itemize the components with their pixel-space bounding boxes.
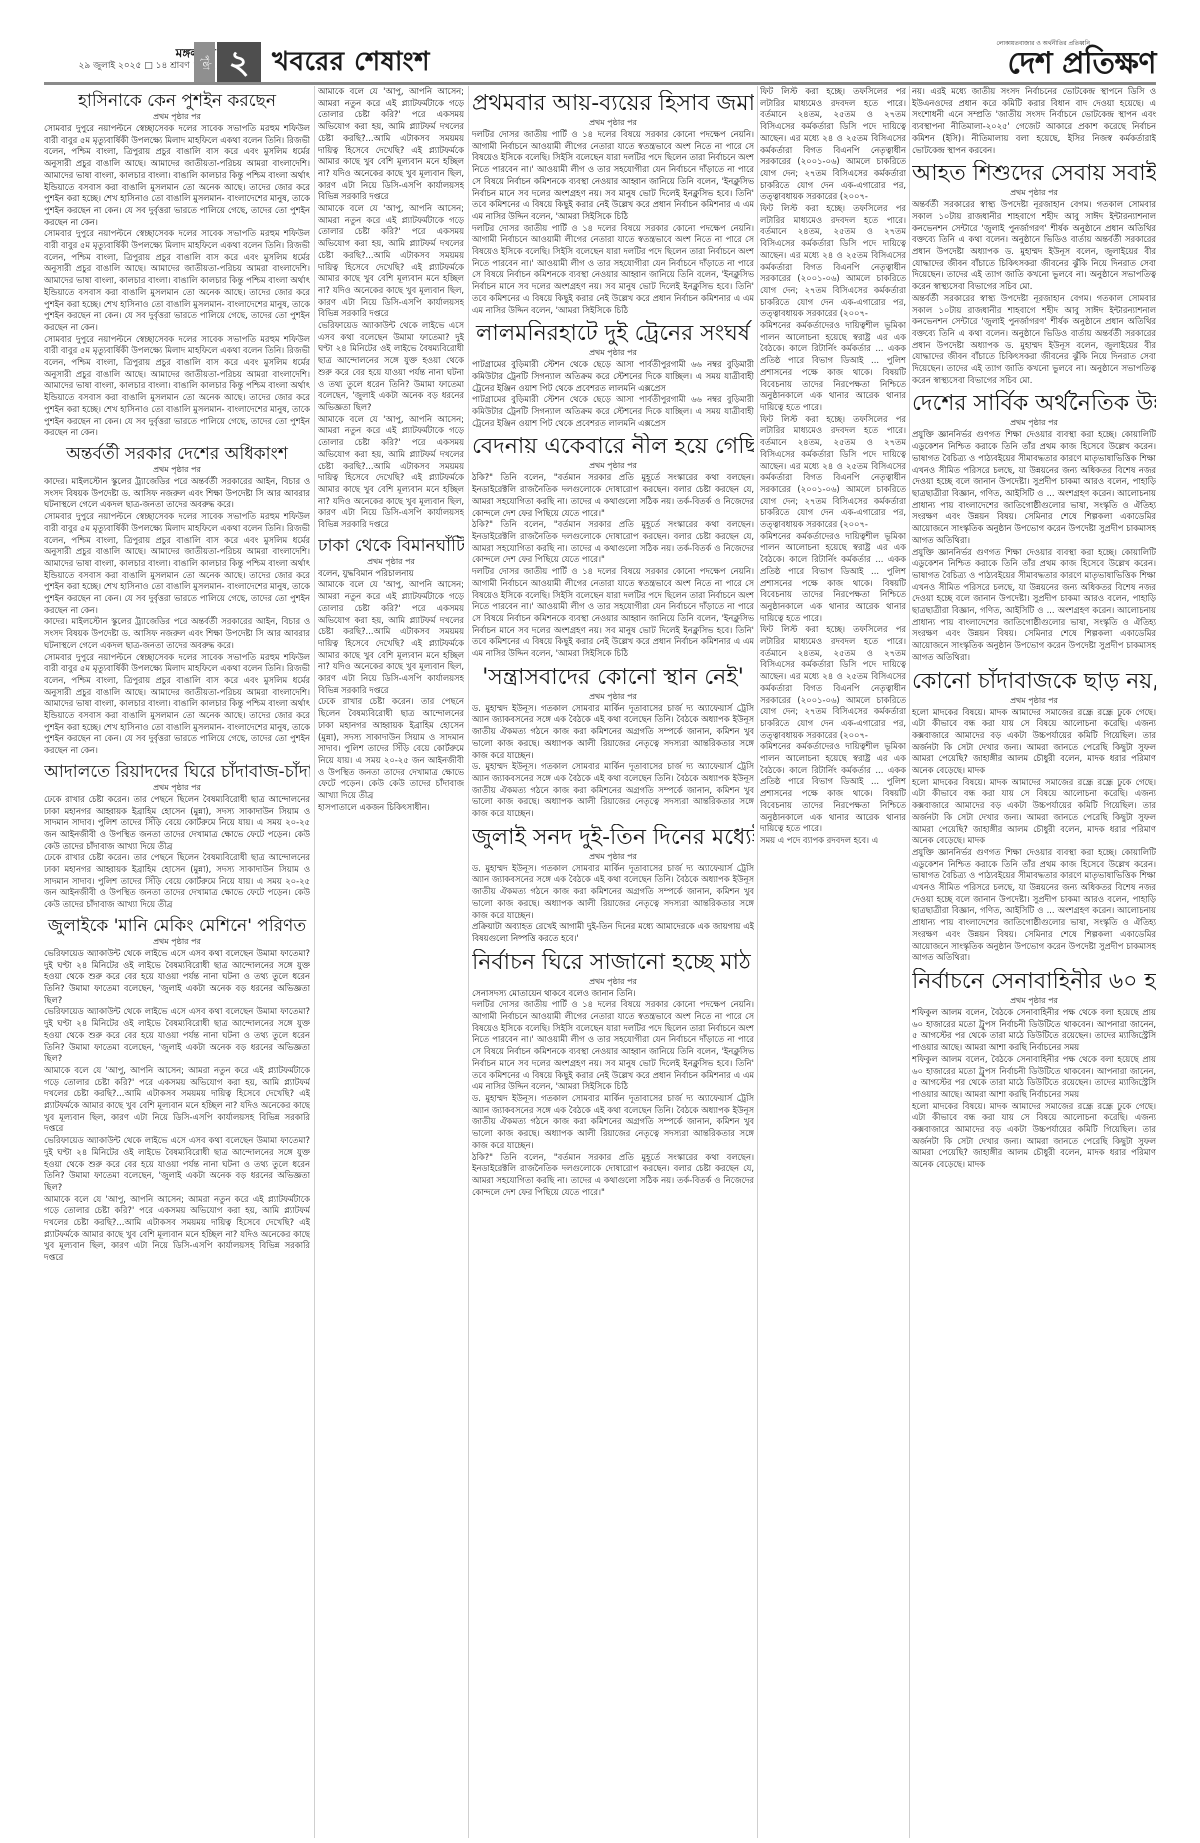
article-headline: নির্বাচনে সেনাবাহিনীর ৬০ হাজার — [912, 968, 1156, 996]
article-body: শফিকুল আলম বলেন, বৈঠকে সেনাবাহিনীর পক্ষ … — [912, 1007, 1156, 1054]
article-body-continued: আমাকে বলে যে 'আপু, আপনি আসেন; আমরা নতুন … — [44, 1065, 310, 1135]
article-body-continued: ফিট লিস্ট করা হচ্ছে। তফসিলের পর লটারির ম… — [760, 624, 906, 741]
article-body-continued: ড. মুহাম্মদ ইউনূস। গতকাল সোমবার মার্কিন … — [472, 761, 754, 820]
article-body-continued: প্রযুক্তি জ্ঞাননির্ভর গুণগত শিক্ষা দেওয়… — [912, 847, 1156, 964]
article-headline: দেশের সার্বিক অর্থনৈতিক উন্নতিতে — [912, 390, 1156, 418]
article-body-continued: শফিকুল আলম বলেন, বৈঠকে সেনাবাহিনীর পক্ষ … — [912, 1054, 1156, 1101]
continued-label: প্রথম পৃষ্ঠার পর — [44, 937, 310, 947]
column-c: প্রথমবার আয়-ব্যয়ের হিসাব জমা প্রথম পৃষ… — [472, 86, 754, 1838]
continued-label: প্রথম পৃষ্ঠার পর — [472, 461, 754, 471]
article-body: ভেরিফায়েড অ্যাকাউন্ট থেকে লাইভে এসে এসব… — [44, 948, 310, 1007]
article-july-charter: জুলাই সনদ দুই-তিন দিনের মধ্যেই চূড়ান্ত … — [472, 824, 754, 945]
article-headline: বেদনায় একেবারে নীল হয়ে গেছি — [472, 433, 754, 461]
article-body: বলেন, যুদ্ধবিমান পরিচালনায় — [318, 568, 464, 580]
article-body: ঢেকে রাখার চেষ্টা করেন। তার পেছনে ছিলেন … — [44, 794, 310, 853]
column-divider — [314, 86, 315, 1838]
continued-label: প্রথম পৃষ্ঠার পর — [44, 465, 310, 475]
article-body-continued: ভেরিফায়েড অ্যাকাউন্ট থেকে লাইভে এসে এসব… — [44, 1135, 310, 1194]
article-dhaka-biman: ঢাকা থেকে বিমানঘাঁটি প্রথম পৃষ্ঠার পর বল… — [318, 535, 464, 814]
article-body-continued: কমিশনের কর্মকর্তাদেরও দায়িত্বশীল ভূমিকা… — [760, 741, 906, 835]
article-body: ফিট লিস্ট করা হচ্ছে। তফসিলের পর লটারির ম… — [760, 86, 906, 203]
article-interim: অন্তর্বর্তী সরকার দেশের অধিকাংশ প্রথম পৃ… — [44, 443, 310, 757]
section-title: খবরের শেষাংশ — [272, 42, 430, 82]
article-hasina: হাসিনাকে কেন পুশইন করছেন প্রথম পৃষ্ঠার প… — [44, 90, 310, 439]
article-income: প্রথমবার আয়-ব্যয়ের হিসাব জমা প্রথম পৃষ… — [472, 90, 754, 316]
continued-label: প্রথম পৃষ্ঠার পর — [912, 996, 1156, 1006]
article-headline: অন্তর্বর্তী সরকার দেশের অধিকাংশ — [44, 443, 310, 465]
article-body: অন্তর্বর্তী সরকারের স্বাস্থ্য উপদেষ্টা ন… — [912, 199, 1156, 293]
article-field-admin: নির্বাচন ঘিরে সাজানো হচ্ছে মাঠ প্রশাসন প… — [472, 949, 754, 1199]
article-headline: নির্বাচন ঘিরে সাজানো হচ্ছে মাঠ প্রশাসন — [472, 949, 754, 977]
article-injured-kids: আহত শিশুদের সেবায় সবাই দিনরাত প্রথম পৃষ… — [912, 160, 1156, 386]
continued-label: প্রথম পৃষ্ঠার পর — [318, 557, 464, 567]
article-body-continued: সোমবার দুপুরে নয়াপল্টনে স্বেচ্ছাসেবক দল… — [44, 652, 310, 757]
article-body: আমাকে বলে যে 'আপু, আপনি আসেন; আমরা নতুন … — [318, 86, 464, 203]
article-body-continued: কমিশনের কর্মকর্তাদেরও দায়িত্বশীল ভূমিকা… — [760, 531, 906, 625]
continued-label: প্রথম পৃষ্ঠার পর — [472, 852, 754, 862]
article-lead: নয়। এরই মধ্যে জাতীয় সংসদ নির্বাচনের ভো… — [912, 86, 1156, 156]
article-train: লালমনিরহাটে দুই ট্রেনের সংঘর্ষ প্রথম পৃষ… — [472, 320, 754, 429]
newspaper-page: মঙ্গলবার ২৯ জুলাই ২০২৫ □ ১৪ শ্রাবণ ১৪৩২ … — [44, 0, 1156, 1843]
article-headline: লালমনিরহাটে দুই ট্রেনের সংঘর্ষ — [472, 320, 754, 348]
article-headline: প্রথমবার আয়-ব্যয়ের হিসাব জমা — [472, 90, 754, 118]
page-label: পৃষ্ঠা — [194, 42, 215, 82]
column-divider — [468, 86, 469, 1838]
article-headline: জুলাই সনদ দুই-তিন দিনের মধ্যেই চূড়ান্ত — [472, 824, 754, 852]
article-body: সেনাসদস্য মোতায়েন থাকবে বলেও জানান তিনি… — [472, 988, 754, 1000]
continued-label: প্রথম পৃষ্ঠার পর — [912, 418, 1156, 428]
article-body-continued: ঢেকে রাখার চেষ্টা করেন। তার পেছনে ছিলেন … — [44, 852, 310, 911]
article-economy: দেশের সার্বিক অর্থনৈতিক উন্নতিতে প্রথম প… — [912, 390, 1156, 663]
article-body-continued: ফিট লিস্ট করা হচ্ছে। তফসিলের পর লটারির ম… — [760, 203, 906, 320]
article-body-continued: কমিশনের কর্মকর্তাদেরও দায়িত্বশীল ভূমিকা… — [760, 320, 906, 414]
article-body-continued: ভেরিফায়েড অ্যাকাউন্ট থেকে লাইভে এসে এসব… — [318, 320, 464, 414]
article-army: নির্বাচনে সেনাবাহিনীর ৬০ হাজার প্রথম পৃষ… — [912, 968, 1156, 1171]
article-headline: জুলাইকে 'মানি মেকিং মেশিনে' পরিণত — [44, 915, 310, 937]
continued-label: প্রথম পৃষ্ঠার পর — [912, 188, 1156, 198]
article-body-continued: ড. মুহাম্মদ ইউনূস। গতকাল সোমবার মার্কিন … — [472, 1093, 754, 1152]
article-body: ড. মুহাম্মদ ইউনূস। গতকাল সোমবার মার্কিন … — [472, 703, 754, 762]
article-body: প্রযুক্তি জ্ঞাননির্ভর গুণগত শিক্ষা দেওয়… — [912, 429, 1156, 546]
page-number: ২ — [217, 42, 261, 82]
article-body-continued: দলটির দোসর জাতীয় পার্টি ও ১৪ দলের বিষয়… — [472, 223, 754, 317]
column-divider — [757, 86, 758, 1838]
column-divider — [909, 86, 910, 1838]
article-body-continued: আমাকে বলে যে 'আপু, আপনি আসেন; আমরা নতুন … — [318, 203, 464, 320]
article-body-continued: অন্তর্বর্তী সরকারের স্বাস্থ্য উপদেষ্টা ন… — [912, 293, 1156, 387]
newspaper-logo: লোকায়তবাজার ও অর্থনীতির প্রতিধ্বনি দেশ … — [996, 40, 1156, 80]
article-body-continued: সোমবার দুপুরে নয়াপল্টনে স্বেচ্ছাসেবক দল… — [44, 334, 310, 439]
continued-label: প্রথম পৃষ্ঠার পর — [472, 692, 754, 702]
article-headline: কোনো চাঁদাবাজকে ছাড় নয়, সে যত — [912, 668, 1156, 696]
article-body-continued: ঠকি?" তিনি বলেন, "বর্তমান সরকার প্রতি মু… — [472, 1152, 754, 1199]
article-extortion: কোনো চাঁদাবাজকে ছাড় নয়, সে যত প্রথম পৃ… — [912, 668, 1156, 964]
article-body: দলটির দোসর জাতীয় পার্টি ও ১৪ দলের বিষয়… — [472, 129, 754, 223]
column-a: হাসিনাকে কেন পুশইন করছেন প্রথম পৃষ্ঠার প… — [44, 86, 310, 1838]
continued-label: প্রথম পৃষ্ঠার পর — [472, 118, 754, 128]
masthead: মঙ্গলবার ২৯ জুলাই ২০২৫ □ ১৪ শ্রাবণ ১৪৩২ … — [44, 40, 1156, 85]
article-body: কাদের। মাইলস্টোন স্কুলের ট্র্যাজেডির পরে… — [44, 476, 310, 511]
continued-label: প্রথম পৃষ্ঠার পর — [912, 696, 1156, 706]
article-body-continued: হাসপাতালে একজন চিকিৎসাধীন। — [318, 802, 464, 814]
continued-label: প্রথম পৃষ্ঠার পর — [472, 977, 754, 987]
article-body-continued: কাদের। মাইলস্টোন স্কুলের ট্র্যাজেডির পরে… — [44, 616, 310, 651]
article-body-continued: হলো মাদকের বিষয়ে। মাদক আমাদের সমাজের রন… — [912, 1101, 1156, 1171]
article-body-continued: দলটির দোসর জাতীয় পার্টি ও ১৪ দলের বিষয়… — [472, 566, 754, 660]
article-body-continued: ফিট লিস্ট করা হচ্ছে। তফসিলের পর লটারির ম… — [760, 414, 906, 531]
article-body: হলো মাদকের বিষয়ে। মাদক আমাদের সমাজের রন… — [912, 707, 1156, 777]
article-court: আদালতে রিয়াদদের ঘিরে চাঁদাবাজ-চাঁদাবাজ … — [44, 761, 310, 911]
continued-label: প্রথম পৃষ্ঠার পর — [472, 348, 754, 358]
article-headline: হাসিনাকে কেন পুশইন করছেন — [44, 90, 310, 112]
article-terrorism: 'সন্ত্রাসবাদের কোনো স্থান নেই' প্রথম পৃষ… — [472, 664, 754, 820]
column-b: আমাকে বলে যে 'আপু, আপনি আসেন; আমরা নতুন … — [318, 86, 464, 1838]
article-body: সোমবার দুপুরে নয়াপল্টনে স্বেচ্ছাসেবক দল… — [44, 123, 310, 228]
article-body-continued: দলটির দোসর জাতীয় পার্টি ও ১৪ দলের বিষয়… — [472, 999, 754, 1093]
article-body-continued: ঢেকে রাখার চেষ্টা করেন। তার পেছনে ছিলেন … — [318, 696, 464, 801]
article-body-continued: আমাকে বলে যে 'আপু, আপনি আসেন; আমরা নতুন … — [318, 414, 464, 531]
article-body: ঠকি?" তিনি বলেন, "বর্তমান সরকার প্রতি মু… — [472, 472, 754, 519]
continued-label: প্রথম পৃষ্ঠার পর — [44, 783, 310, 793]
article-body-continued: ঠকি?" তিনি বলেন, "বর্তমান সরকার প্রতি মু… — [472, 519, 754, 566]
article-body-continued: আমাকে বলে যে 'আপু, আপনি আসেন; আমরা নতুন … — [44, 1194, 310, 1264]
article-body: পাটগ্রামের বুড়িমারী স্টেশন থেকে ছেড়ে আ… — [472, 359, 754, 394]
article-body-continued: আমাকে বলে যে 'আপু, আপনি আসেন; আমরা নতুন … — [318, 579, 464, 696]
article-body: প্রক্রিয়াটা অব্যাহত রেখেই আগামী দুই-তিন… — [472, 921, 754, 944]
article-body-continued: ড. মুহাম্মদ ইউনূস। গতকাল সোমবার মার্কিন … — [472, 863, 754, 922]
logo-name: দেশ প্রতিক্ষণ — [996, 48, 1156, 80]
article-headline: আদালতে রিয়াদদের ঘিরে চাঁদাবাজ-চাঁদাবাজ — [44, 761, 310, 783]
article-money-making: জুলাইকে 'মানি মেকিং মেশিনে' পরিণত প্রথম … — [44, 915, 310, 1264]
column-e: নয়। এরই মধ্যে জাতীয় সংসদ নির্বাচনের ভো… — [912, 86, 1156, 1838]
article-headline: ঢাকা থেকে বিমানঘাঁটি — [318, 535, 464, 557]
column-d: ফিট লিস্ট করা হচ্ছে। তফসিলের পর লটারির ম… — [760, 86, 906, 1838]
article-body-continued: সোমবার দুপুরে নয়াপল্টনে স্বেচ্ছাসেবক দল… — [44, 228, 310, 333]
article-body-continued: হলো মাদকের বিষয়ে। মাদক আমাদের সমাজের রন… — [912, 777, 1156, 847]
article-bedonay: বেদনায় একেবারে নীল হয়ে গেছি প্রথম পৃষ্… — [472, 433, 754, 659]
article-body-continued: সময় এ পদে ব্যাপক রদবদল হবে। এ — [760, 835, 906, 847]
article-headline: 'সন্ত্রাসবাদের কোনো স্থান নেই' — [472, 664, 754, 692]
article-body-continued: প্রযুক্তি জ্ঞাননির্ভর গুণগত শিক্ষা দেওয়… — [912, 547, 1156, 664]
article-headline: আহত শিশুদের সেবায় সবাই দিনরাত — [912, 160, 1156, 188]
article-body-continued: পাটগ্রামের বুড়িমারী স্টেশন থেকে ছেড়ে আ… — [472, 394, 754, 429]
article-body-continued: সোমবার দুপুরে নয়াপল্টনে স্বেচ্ছাসেবক দল… — [44, 511, 310, 616]
continued-label: প্রথম পৃষ্ঠার পর — [44, 112, 310, 122]
article-body-continued: ভেরিফায়েড অ্যাকাউন্ট থেকে লাইভে এসে এসব… — [44, 1006, 310, 1065]
